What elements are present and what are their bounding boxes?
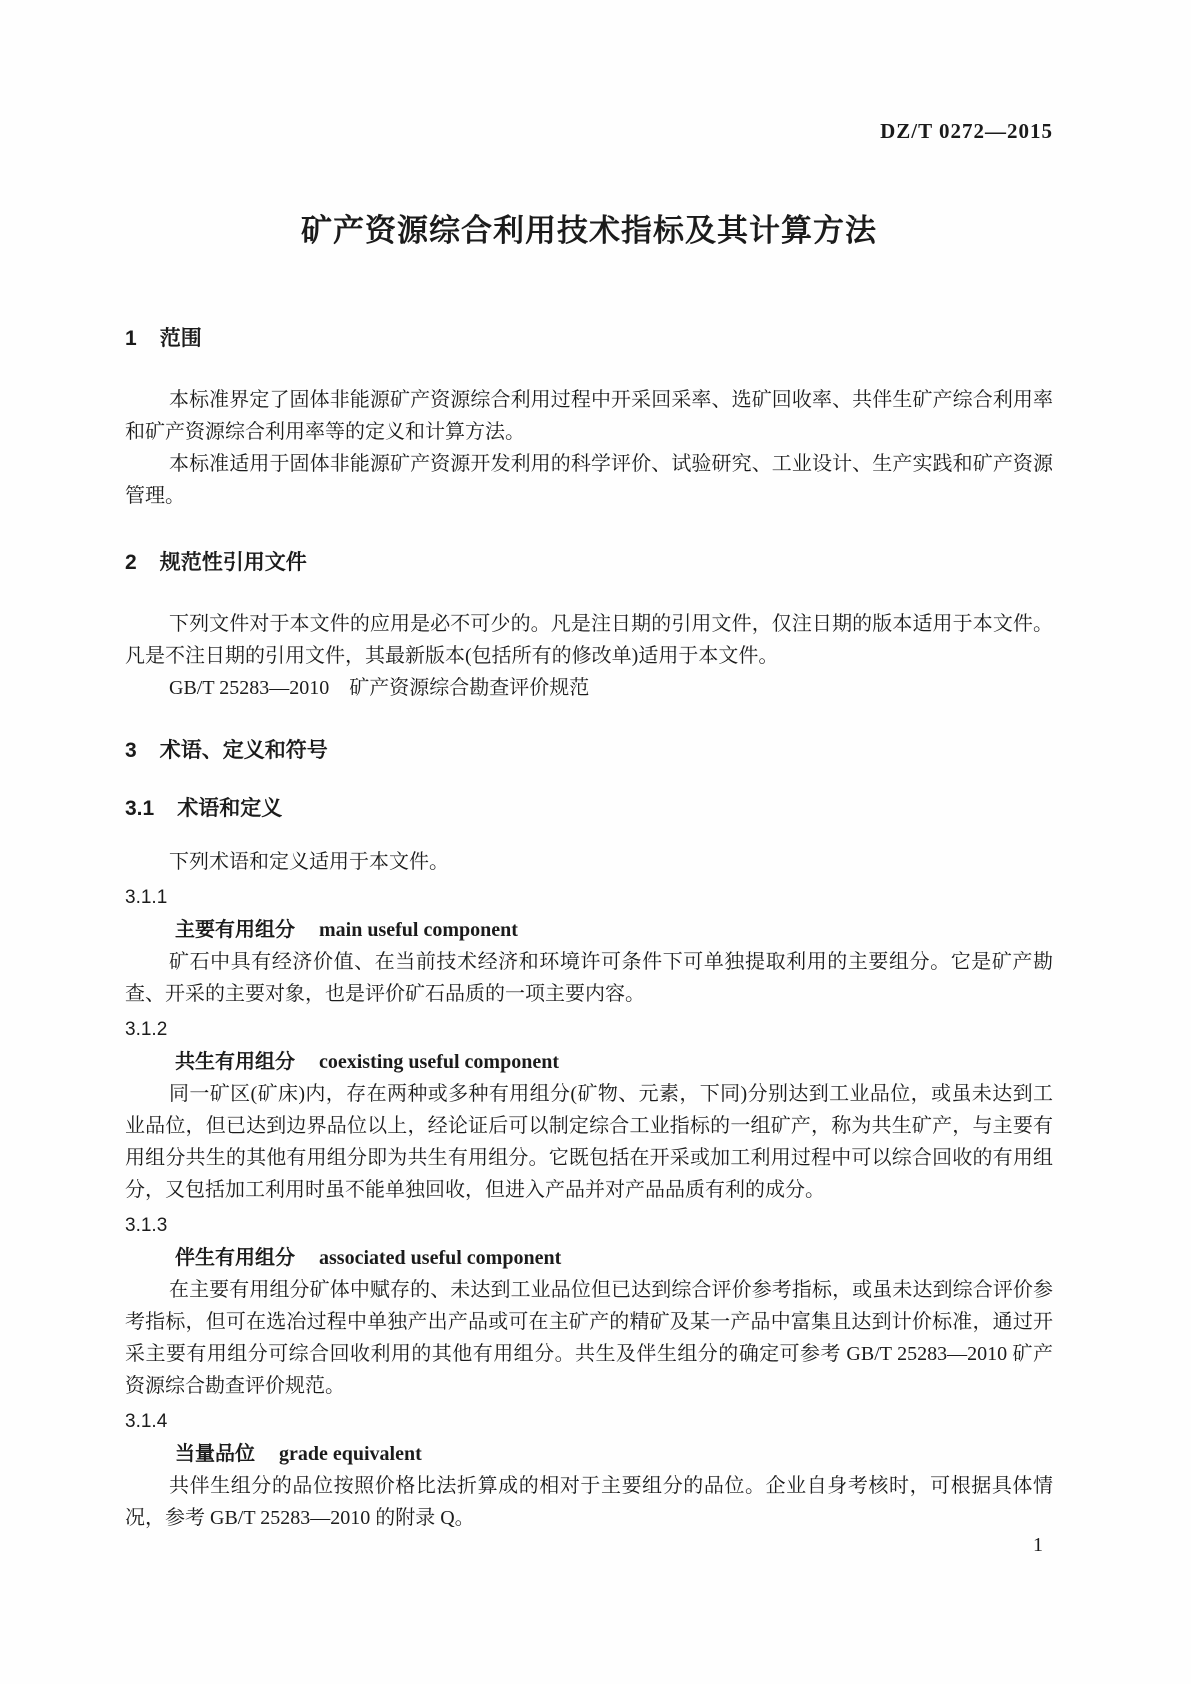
term-name-en: grade equivalent	[279, 1443, 422, 1465]
term-name-zh: 主要有用组分	[175, 919, 295, 941]
section-1-heading: 1范围	[125, 324, 1053, 354]
term-definition: 同一矿区(矿床)内，存在两种或多种有用组分(矿物、元素，下同)分别达到工业品位，…	[125, 1078, 1053, 1206]
normative-refs-paragraph: 下列文件对于本文件的应用是必不可少的。凡是注日期的引用文件，仅注日期的版本适用于…	[125, 608, 1053, 672]
page-number: 1	[1033, 1532, 1043, 1558]
term-definition: 在主要有用组分矿体中赋存的、未达到工业品位但已达到综合评价参考指标，或虽未达到综…	[125, 1274, 1053, 1402]
section-2-number: 2	[125, 551, 137, 574]
section-1-number: 1	[125, 327, 137, 350]
term-entry: 3.1.1 主要有用组分main useful component 矿石中具有经…	[125, 882, 1053, 1010]
term-title: 当量品位grade equivalent	[125, 1438, 1053, 1470]
term-name-zh: 共生有用组分	[175, 1051, 295, 1073]
section-3-number: 3	[125, 739, 137, 762]
term-number: 3.1.4	[125, 1406, 1053, 1438]
term-number: 3.1.2	[125, 1014, 1053, 1046]
section-3-title: 术语、定义和符号	[160, 739, 328, 762]
document-title: 矿产资源综合利用技术指标及其计算方法	[125, 210, 1053, 252]
subsection-3-1-number: 3.1	[125, 797, 154, 820]
section-1-title: 范围	[160, 327, 202, 350]
scope-paragraph-1: 本标准界定了固体非能源矿产资源综合利用过程中开采回采率、选矿回收率、共伴生矿产综…	[125, 384, 1053, 448]
term-number: 3.1.3	[125, 1210, 1053, 1242]
term-definition: 矿石中具有经济价值、在当前技术经济和环境许可条件下可单独提取利用的主要组分。它是…	[125, 946, 1053, 1010]
section-2-title: 规范性引用文件	[160, 551, 307, 574]
term-name-zh: 伴生有用组分	[175, 1247, 295, 1269]
subsection-3-1-title: 术语和定义	[177, 797, 282, 820]
term-entry: 3.1.4 当量品位grade equivalent 共伴生组分的品位按照价格比…	[125, 1406, 1053, 1534]
term-entry: 3.1.2 共生有用组分coexisting useful component …	[125, 1014, 1053, 1206]
term-name-zh: 当量品位	[175, 1443, 255, 1465]
subsection-3-1-heading: 3.1术语和定义	[125, 794, 1053, 824]
term-entry: 3.1.3 伴生有用组分associated useful component …	[125, 1210, 1053, 1402]
standard-code: DZ/T 0272—2015	[125, 118, 1053, 144]
section-2-heading: 2规范性引用文件	[125, 548, 1053, 578]
term-title: 伴生有用组分associated useful component	[125, 1242, 1053, 1274]
terms-intro: 下列术语和定义适用于本文件。	[125, 846, 1053, 878]
term-name-en: associated useful component	[319, 1247, 561, 1269]
term-name-en: main useful component	[319, 919, 518, 941]
term-definition: 共伴生组分的品位按照价格比法折算成的相对于主要组分的品位。企业自身考核时，可根据…	[125, 1470, 1053, 1534]
scope-paragraph-2: 本标准适用于固体非能源矿产资源开发利用的科学评价、试验研究、工业设计、生产实践和…	[125, 448, 1053, 512]
term-title: 主要有用组分main useful component	[125, 914, 1053, 946]
term-title: 共生有用组分coexisting useful component	[125, 1046, 1053, 1078]
term-number: 3.1.1	[125, 882, 1053, 914]
term-name-en: coexisting useful component	[319, 1051, 559, 1073]
section-3-heading: 3术语、定义和符号	[125, 736, 1053, 766]
document-page: DZ/T 0272—2015 矿产资源综合利用技术指标及其计算方法 1范围 本标…	[0, 0, 1191, 1684]
normative-reference-item: GB/T 25283—2010 矿产资源综合勘查评价规范	[125, 672, 1053, 704]
